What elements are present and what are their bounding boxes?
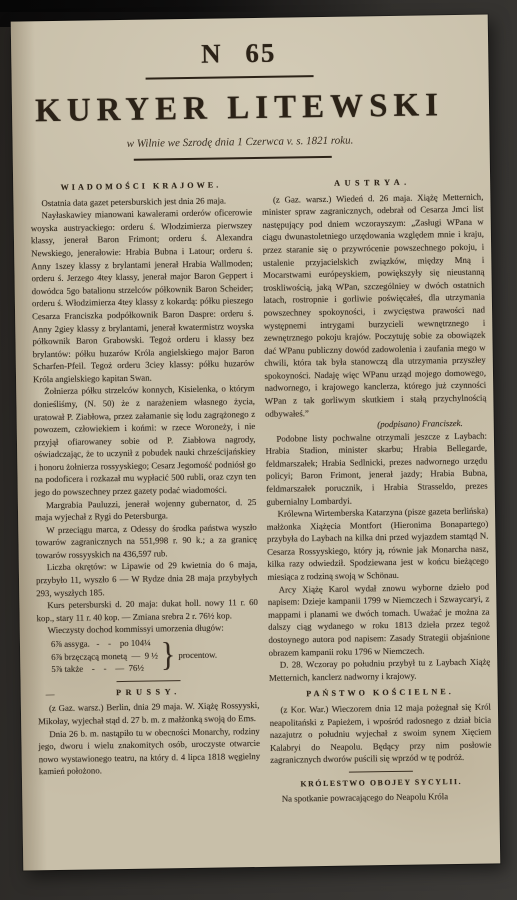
paragraph-praise-letters: Podobne listy pochwalne otrzymali jeszcz… — [265, 429, 488, 508]
newspaper-title: KURYER LITEWSKI — [30, 87, 450, 130]
section-divider-rule — [349, 771, 413, 773]
paragraph-odessa-trade: W przeciągu marca, z Odessy do środka pa… — [35, 521, 257, 562]
exchange-rates-table: 6⅞ assyga. - - po 104¼ 6⅞ brzęczącą mone… — [37, 635, 259, 676]
scanner-background-shadow-dark — [0, 0, 310, 12]
rate-line-3: 5⅞ także - - — 76½ — [51, 662, 158, 676]
section-heading-sycylia: KRÓLESTWO OBOJEY SYCYLII. — [270, 775, 492, 789]
prussy-heading-row: — PRUSSY. — [38, 685, 260, 700]
paragraph-metternich-arrival: D. 28. Wczoray po południu przybył tu z … — [269, 656, 491, 684]
masthead-rule-top — [145, 75, 313, 79]
paragraph-naples-return: Na spotkanie powracającego do Neapolu Kr… — [271, 790, 493, 806]
dateline: w Wilnie we Szrodę dnia 1 Czerwca v. s. … — [30, 133, 449, 151]
paragraph-archduke-karol: Arcy Xiążę Karol wydał znowu wyborne dzi… — [268, 580, 491, 659]
body-columns: WIADOMOŚCI KRAJOWE. Ostatnia data gazet … — [13, 155, 500, 809]
section-divider-rule — [116, 680, 180, 682]
rates-label: procentow. — [178, 648, 217, 661]
paragraph-princess-katarzyna: Królewna Wirtemberska Katarzyna (pisze g… — [266, 505, 489, 584]
paragraph-pauluzzi: Margrabia Pauluzzi, jenerał wojenny gube… — [35, 496, 257, 524]
section-heading-prussy: PRUSSY. — [38, 685, 260, 700]
left-column: WIADOMOŚCI KRAJOWE. Ostatnia data gazet … — [30, 174, 261, 809]
exchange-rates-lines: 6⅞ assyga. - - po 104¼ 6⅞ brzęczącą mone… — [51, 636, 158, 675]
brace-mark: } — [161, 638, 176, 672]
section-heading-wiadomosci-krajowe: WIADOMOŚCI KRAJOWE. — [30, 179, 252, 194]
paragraph-orders: Nayłaskawiey mianowani kawalerami orderó… — [31, 206, 255, 385]
paragraph-berlin: (z Gaz. warsz.) Berlin, dnia 29 maja. W.… — [38, 699, 260, 727]
paragraph-soldier-kisielenko: Żołnierza półku strzelców konnych, Kisie… — [33, 382, 256, 498]
margin-dash-mark: — — [46, 688, 55, 701]
paragraph-pope-naples: (z Kor. War.) Wieczorem dnia 12 maja poż… — [269, 701, 491, 767]
rate-line-1: 6⅞ assyga. - - po 104¼ — [51, 636, 158, 650]
section-heading-austrya: AUSTRYA. — [262, 176, 484, 191]
right-column: AUSTRYA. (z Gaz. warsz.) Wiedeń d. 26 ma… — [262, 171, 493, 806]
issue-number: N 65 — [29, 35, 448, 72]
masthead: N 65 KURYER LITEWSKI w Wilnie we Szrodę … — [11, 15, 490, 163]
paragraph-ships: Liczba okrętów: w Lipawie od 29 kwietnia… — [36, 558, 258, 599]
section-heading-panstwo-koscielne: PAŃSTWO KOŚCIELNE. — [269, 686, 491, 701]
paragraph-theatre: Dnia 26 b. m. nastąpiło tu w obecności M… — [38, 725, 260, 779]
newspaper-page: N 65 KURYER LITEWSKI w Wilnie we Szrodę … — [11, 15, 501, 871]
paragraph-metternich-letter: (z Gaz. warsz.) Wiedeń d. 26 maja. Xiążę… — [262, 190, 487, 420]
paragraph-exchange-rate: Kurs petersburski d. 20 maja: dukat holl… — [36, 596, 258, 624]
